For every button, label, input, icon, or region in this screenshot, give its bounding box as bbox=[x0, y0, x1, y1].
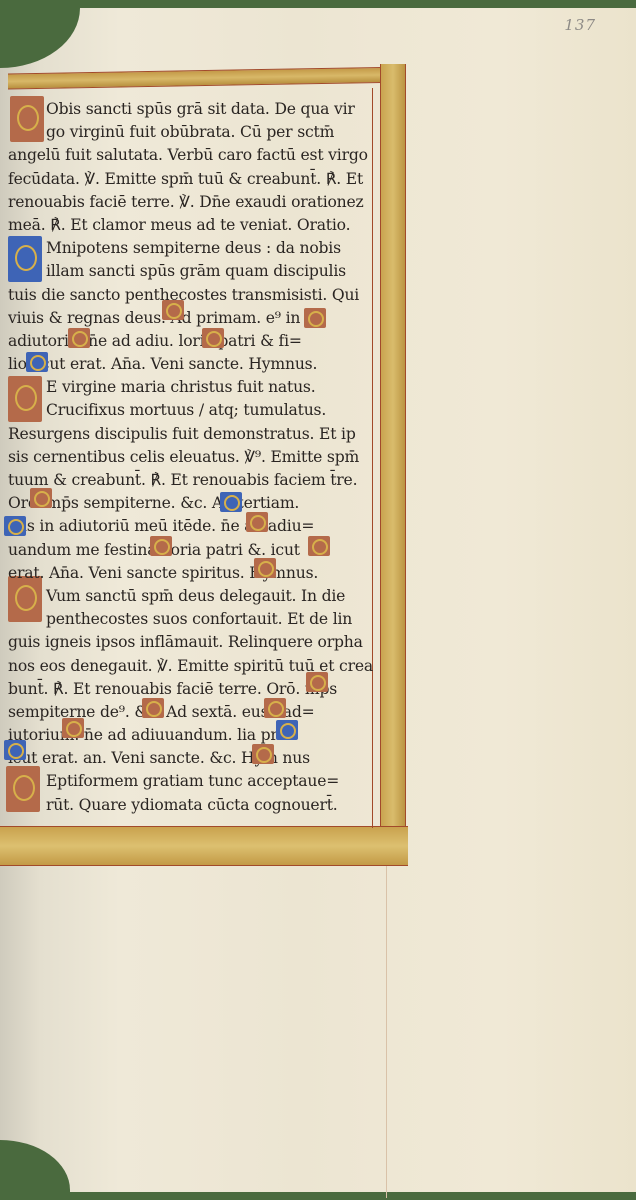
text-line: rūt. Quare ydiomata cūcta cognouert̄. bbox=[8, 794, 378, 817]
text-line: icut erat. an. Veni sancte. &c. Hym nus bbox=[8, 747, 378, 770]
small-initial bbox=[62, 718, 84, 738]
small-initial bbox=[150, 536, 172, 556]
text-line: Vum sanctū spm̄ deus delegauit. In die bbox=[8, 585, 378, 608]
text-line: sis cernentibus celis eleuatus. ℣⁹. Emit… bbox=[8, 446, 378, 469]
text-line: illam sancti spūs grām quam discipulis bbox=[8, 260, 378, 283]
ruling-line bbox=[386, 858, 387, 1198]
folio-number: 137 bbox=[564, 16, 596, 34]
small-initial bbox=[304, 308, 326, 328]
small-initial bbox=[4, 516, 26, 536]
small-initial bbox=[162, 300, 184, 320]
text-line: penthecostes suos confortauit. Et de lin bbox=[8, 608, 378, 631]
gold-border-bottom bbox=[0, 826, 408, 866]
text-line: fecūdata. ℣. Emitte spm̄ tuū & creabunt̄… bbox=[8, 168, 378, 191]
text-line: Eptiformem gratiam tunc acceptaue= bbox=[8, 770, 378, 793]
gold-border-top bbox=[8, 67, 406, 90]
text-line: tuum & creabunt̄. ℟. Et renouabis faciem… bbox=[8, 469, 378, 492]
text-line: angelū fuit salutata. Verbū caro factū e… bbox=[8, 144, 378, 167]
small-initial bbox=[252, 744, 274, 764]
text-line: Crucifixus mortuus / atq; tumulatus. bbox=[8, 399, 378, 422]
small-initial bbox=[68, 328, 90, 348]
text-line: Obis sancti spūs grā sit data. De qua vi… bbox=[8, 98, 378, 121]
small-initial bbox=[26, 352, 48, 372]
text-line: Resurgens discipulis fuit demonstratus. … bbox=[8, 423, 378, 446]
small-initial bbox=[254, 558, 276, 578]
text-line: guis igneis ipsos inflāmauit. Relinquere… bbox=[8, 631, 378, 654]
text-line: tuis die sancto penthecostes transmisist… bbox=[8, 284, 378, 307]
small-initial bbox=[306, 672, 328, 692]
small-initial bbox=[202, 328, 224, 348]
text-line: go virginū fuit obūbrata. Cū per sctm̄ bbox=[8, 121, 378, 144]
text-line: Orō. mp̄s sempiterne. &c. Ad tertiam. bbox=[8, 492, 378, 515]
text-line: E virgine maria christus fuit natus. bbox=[8, 376, 378, 399]
small-initial bbox=[142, 698, 164, 718]
manuscript-page: 137 Obis sancti spūs grā sit data. De qu… bbox=[0, 8, 636, 1192]
text-line: meā. ℟. Et clamor meus ad te veniat. Ora… bbox=[8, 214, 378, 237]
small-initial bbox=[276, 720, 298, 740]
text-block: Obis sancti spūs grā sit data. De qua vi… bbox=[8, 98, 378, 817]
small-initial bbox=[220, 492, 242, 512]
page-edge-curl bbox=[0, 8, 80, 68]
text-line: Mnipotens sempiterne deus : da nobis bbox=[8, 237, 378, 260]
gold-border-right bbox=[380, 64, 406, 864]
small-initial bbox=[308, 536, 330, 556]
small-initial bbox=[264, 698, 286, 718]
text-line: adiutoriū. n̄e ad adiu. loria patri & fi… bbox=[8, 330, 378, 353]
small-initial bbox=[246, 512, 268, 532]
text-line: renouabis faciē terre. ℣. Dn̄e exaudi or… bbox=[8, 191, 378, 214]
text-line: lio. icut erat. An̄a. Veni sancte. Hymnu… bbox=[8, 353, 378, 376]
small-initial bbox=[4, 740, 26, 760]
text-line: erat. An̄a. Veni sancte spiritus. Hymnus… bbox=[8, 562, 378, 585]
small-initial bbox=[30, 488, 52, 508]
